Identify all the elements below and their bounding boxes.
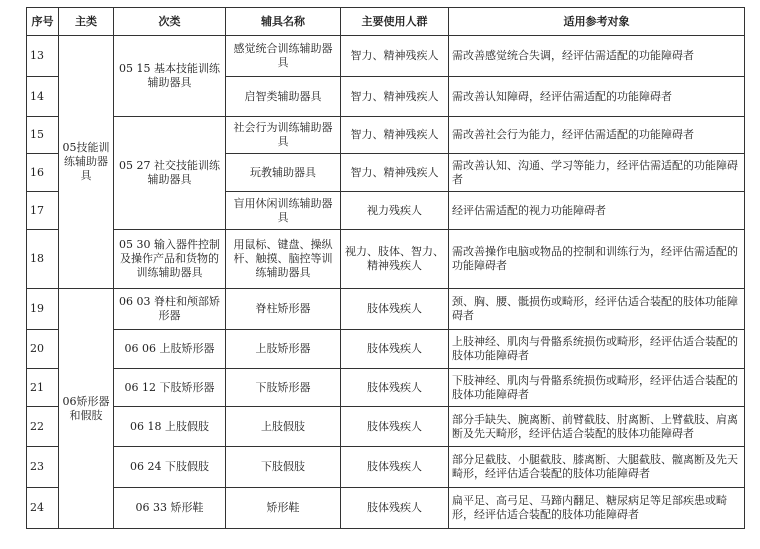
main-users: 肢体残疾人: [341, 407, 449, 447]
device-name: 盲用休闲训练辅助器具: [226, 192, 341, 230]
target-description: 需改善认知、沟通、学习等能力，经评估需适配的功能障碍者: [449, 154, 745, 192]
sub-category-cell: 06 03 脊柱和颅部矫形器: [114, 289, 226, 330]
header-main-users: 主要使用人群: [341, 8, 449, 36]
main-users: 智力、精神残疾人: [341, 77, 449, 117]
main-users: 肢体残疾人: [341, 330, 449, 369]
row-no: 17: [27, 192, 59, 230]
row-no: 18: [27, 230, 59, 289]
main-users: 智力、精神残疾人: [341, 36, 449, 77]
sub-category-cell: 06 06 上肢矫形器: [114, 330, 226, 369]
sub-category-cell: 06 18 上肢假肢: [114, 407, 226, 447]
main-users: 肢体残疾人: [341, 447, 449, 488]
sub-category-cell: 05 27 社交技能训练辅助器具: [114, 117, 226, 230]
main-users: 视力残疾人: [341, 192, 449, 230]
table-row: 15 05 27 社交技能训练辅助器具 社会行为训练辅助器具 智力、精神残疾人 …: [27, 117, 745, 154]
device-name: 用鼠标、键盘、操纵杆、触摸、脑控等训练辅助器具: [226, 230, 341, 289]
main-users: 肢体残疾人: [341, 289, 449, 330]
device-name: 脊柱矫形器: [226, 289, 341, 330]
table-row: 20 06 06 上肢矫形器 上肢矫形器 肢体残疾人 上肢神经、肌肉与骨骼系统损…: [27, 330, 745, 369]
row-no: 15: [27, 117, 59, 154]
table-row: 18 05 30 输入器件控制及操作产品和货物的训练辅助器具 用鼠标、键盘、操纵…: [27, 230, 745, 289]
target-description: 扁平足、高弓足、马蹄内翻足、糖尿病足等足部疾患或畸形，经评估适合装配的肢体功能障…: [449, 488, 745, 529]
main-category-cell: 05技能训练辅助器具: [59, 36, 114, 289]
header-sub-category: 次类: [114, 8, 226, 36]
table-row: 22 06 18 上肢假肢 上肢假肢 肢体残疾人 部分手缺失、腕离断、前臂截肢、…: [27, 407, 745, 447]
target-description: 颈、胸、腰、骶损伤或畸形，经评估适合装配的肢体功能障碍者: [449, 289, 745, 330]
target-description: 部分足截肢、小腿截肢、膝离断、大腿截肢、髋离断及先天畸形，经评估适合装配的肢体功…: [449, 447, 745, 488]
target-description: 需改善认知障碍，经评估需适配的功能障碍者: [449, 77, 745, 117]
header-row: 序号 主类 次类 辅具名称 主要使用人群 适用参考对象: [27, 8, 745, 36]
row-no: 16: [27, 154, 59, 192]
sub-category-cell: 06 12 下肢矫形器: [114, 369, 226, 407]
main-users: 智力、精神残疾人: [341, 154, 449, 192]
table-row: 13 05技能训练辅助器具 05 15 基本技能训练辅助器具 感觉统合训练辅助器…: [27, 36, 745, 77]
main-users: 智力、精神残疾人: [341, 117, 449, 154]
device-name: 感觉统合训练辅助器具: [226, 36, 341, 77]
table-row: 19 06矫形器和假肢 06 03 脊柱和颅部矫形器 脊柱矫形器 肢体残疾人 颈…: [27, 289, 745, 330]
device-name: 社会行为训练辅助器具: [226, 117, 341, 154]
assistive-devices-table: 序号 主类 次类 辅具名称 主要使用人群 适用参考对象 13 05技能训练辅助器…: [26, 7, 745, 529]
header-device-name: 辅具名称: [226, 8, 341, 36]
target-description: 部分手缺失、腕离断、前臂截肢、肘离断、上臂截肢、肩离断及先天畸形，经评估适合装配…: [449, 407, 745, 447]
sub-category-cell: 05 15 基本技能训练辅助器具: [114, 36, 226, 117]
target-description: 经评估需适配的视力功能障碍者: [449, 192, 745, 230]
device-name: 上肢假肢: [226, 407, 341, 447]
target-description: 需改善社会行为能力，经评估需适配的功能障碍者: [449, 117, 745, 154]
header-target: 适用参考对象: [449, 8, 745, 36]
row-no: 20: [27, 330, 59, 369]
main-category-cell: 06矫形器和假肢: [59, 289, 114, 529]
main-users: 肢体残疾人: [341, 488, 449, 529]
sub-category-cell: 05 30 输入器件控制及操作产品和货物的训练辅助器具: [114, 230, 226, 289]
device-name: 启智类辅助器具: [226, 77, 341, 117]
row-no: 19: [27, 289, 59, 330]
sub-category-cell: 06 24 下肢假肢: [114, 447, 226, 488]
target-description: 需改善操作电脑或物品的控制和训练行为，经评估需适配的功能障碍者: [449, 230, 745, 289]
row-no: 13: [27, 36, 59, 77]
row-no: 14: [27, 77, 59, 117]
target-description: 需改善感觉统合失调，经评估需适配的功能障碍者: [449, 36, 745, 77]
main-users: 肢体残疾人: [341, 369, 449, 407]
table-row: 24 06 33 矫形鞋 矫形鞋 肢体残疾人 扁平足、高弓足、马蹄内翻足、糖尿病…: [27, 488, 745, 529]
row-no: 24: [27, 488, 59, 529]
device-name: 下肢假肢: [226, 447, 341, 488]
row-no: 23: [27, 447, 59, 488]
sub-category-cell: 06 33 矫形鞋: [114, 488, 226, 529]
device-name: 上肢矫形器: [226, 330, 341, 369]
table-row: 21 06 12 下肢矫形器 下肢矫形器 肢体残疾人 下肢神经、肌肉与骨骼系统损…: [27, 369, 745, 407]
header-main-category: 主类: [59, 8, 114, 36]
row-no: 22: [27, 407, 59, 447]
device-name: 玩教辅助器具: [226, 154, 341, 192]
target-description: 上肢神经、肌肉与骨骼系统损伤或畸形，经评估适合装配的肢体功能障碍者: [449, 330, 745, 369]
header-no: 序号: [27, 8, 59, 36]
target-description: 下肢神经、肌肉与骨骼系统损伤或畸形，经评估适合装配的肢体功能障碍者: [449, 369, 745, 407]
main-users: 视力、肢体、智力、精神残疾人: [341, 230, 449, 289]
row-no: 21: [27, 369, 59, 407]
device-name: 矫形鞋: [226, 488, 341, 529]
device-name: 下肢矫形器: [226, 369, 341, 407]
table-row: 23 06 24 下肢假肢 下肢假肢 肢体残疾人 部分足截肢、小腿截肢、膝离断、…: [27, 447, 745, 488]
